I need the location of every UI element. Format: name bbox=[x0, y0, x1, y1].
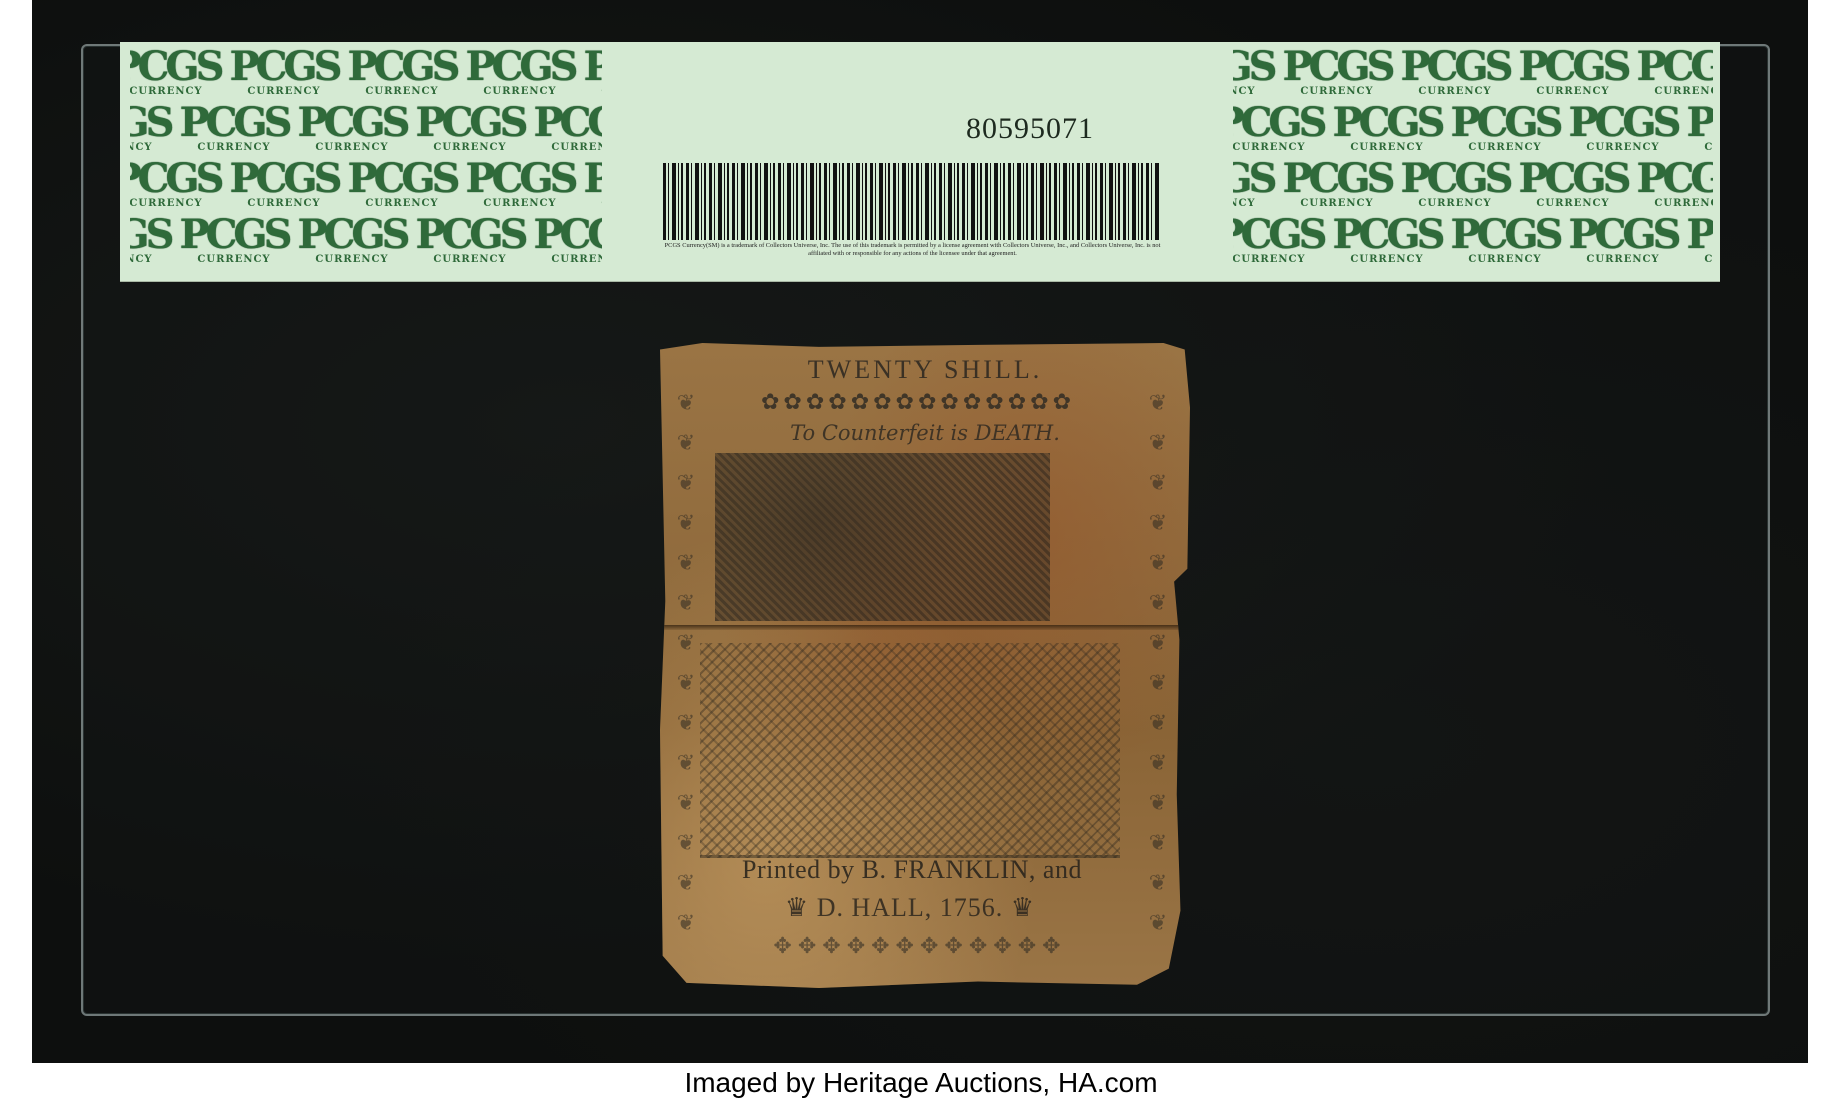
pcgs-logo-icon: PCGSCURRENCY bbox=[1233, 160, 1275, 210]
printer-imprint-line-1: Printed by B. FRANKLIN, and bbox=[682, 855, 1142, 885]
pcgs-logo-icon: PCGSCURRENCY bbox=[532, 104, 602, 154]
fold-tear bbox=[660, 625, 1190, 630]
pcgs-logo-icon: PCGSCURRENCY bbox=[1331, 216, 1443, 266]
pcgs-logo-icon: PCGSCURRENCY bbox=[296, 104, 408, 154]
pcgs-logo-icon: PCGSCURRENCY bbox=[296, 216, 408, 266]
pcgs-logo-icon: PCGSCURRENCY bbox=[1517, 160, 1629, 210]
pcgs-logo-icon: PCGSCURRENCY bbox=[1331, 104, 1443, 154]
pcgs-logo-icon: PCGSCURRENCY bbox=[582, 160, 602, 210]
pcgs-logo-icon: PCGSCURRENCY bbox=[178, 216, 290, 266]
nature-print-vignette bbox=[715, 453, 1050, 621]
pcgs-logo-pattern-right: PCGSCURRENCYPCGSCURRENCYPCGSCURRENCYPCGS… bbox=[1233, 42, 1713, 281]
pcgs-logo-icon: PCGSCURRENCY bbox=[1399, 160, 1511, 210]
pcgs-logo-icon: PCGSCURRENCY bbox=[1399, 48, 1511, 98]
pcgs-logo-icon: PCGSCURRENCY bbox=[1635, 48, 1713, 98]
border-ornament-icon: ❦❦❦❦❦❦❦❦❦❦❦❦❦❦ bbox=[1138, 383, 1178, 943]
pcgs-logo-icon: PCGSCURRENCY bbox=[346, 160, 458, 210]
pcgs-logo-icon: PCGSCURRENCY bbox=[130, 104, 172, 154]
pcgs-logo-icon: PCGSCURRENCY bbox=[1449, 216, 1561, 266]
pcgs-logo-icon: PCGSCURRENCY bbox=[582, 48, 602, 98]
counterfeit-warning: To Counterfeit is DEATH. bbox=[660, 421, 1190, 445]
pcgs-label: PCGSCURRENCYPCGSCURRENCYPCGSCURRENCYPCGS… bbox=[120, 42, 1720, 281]
image-credit-caption: Imaged by Heritage Auctions, HA.com bbox=[0, 1063, 1842, 1102]
rosette-ornament-row: ✿✿✿✿✿✿✿✿✿✿✿✿✿✿ bbox=[708, 389, 1128, 415]
pcgs-logo-icon: PCGSCURRENCY bbox=[1567, 104, 1679, 154]
pcgs-logo-icon: PCGSCURRENCY bbox=[1281, 48, 1393, 98]
pcgs-logo-icon: PCGSCURRENCY bbox=[1685, 104, 1713, 154]
pcgs-logo-icon: PCGSCURRENCY bbox=[464, 160, 576, 210]
printer-imprint-line-2: ♛ D. HALL, 1756. ♛ bbox=[700, 893, 1120, 923]
colonial-banknote: ❦❦❦❦❦❦❦❦❦❦❦❦❦❦ ❦❦❦❦❦❦❦❦❦❦❦❦❦❦ TWENTY SHI… bbox=[660, 343, 1190, 988]
pcgs-logo-icon: PCGSCURRENCY bbox=[1685, 216, 1713, 266]
pcgs-logo-icon: PCGSCURRENCY bbox=[1517, 48, 1629, 98]
pcgs-logo-icon: PCGSCURRENCY bbox=[414, 216, 526, 266]
pcgs-logo-pattern-left: PCGSCURRENCYPCGSCURRENCYPCGSCURRENCYPCGS… bbox=[130, 42, 602, 281]
certification-number: 80595071 bbox=[840, 112, 1220, 146]
pcgs-logo-icon: PCGSCURRENCY bbox=[130, 160, 222, 210]
pcgs-logo-icon: PCGSCURRENCY bbox=[1567, 216, 1679, 266]
pcgs-logo-icon: PCGSCURRENCY bbox=[532, 216, 602, 266]
denomination-header: TWENTY SHILL. bbox=[660, 355, 1190, 385]
pcgs-logo-icon: PCGSCURRENCY bbox=[1635, 160, 1713, 210]
pcgs-logo-icon: PCGSCURRENCY bbox=[1233, 216, 1325, 266]
pcgs-logo-icon: PCGSCURRENCY bbox=[178, 104, 290, 154]
pcgs-logo-icon: PCGSCURRENCY bbox=[1281, 160, 1393, 210]
barcode bbox=[663, 163, 1161, 240]
pcgs-logo-icon: PCGSCURRENCY bbox=[1233, 48, 1275, 98]
pcgs-logo-icon: PCGSCURRENCY bbox=[414, 104, 526, 154]
pcgs-logo-icon: PCGSCURRENCY bbox=[130, 216, 172, 266]
pcgs-logo-icon: PCGSCURRENCY bbox=[346, 48, 458, 98]
lower-print-block bbox=[700, 643, 1120, 858]
pcgs-logo-icon: PCGSCURRENCY bbox=[228, 48, 340, 98]
trademark-notice: PCGS Currency(SM) is a trademark of Coll… bbox=[655, 242, 1170, 258]
pcgs-logo-icon: PCGSCURRENCY bbox=[1449, 104, 1561, 154]
pcgs-logo-icon: PCGSCURRENCY bbox=[464, 48, 576, 98]
bottom-ornament-border: ✥✥✥✥✥✥✥✥✥✥✥✥ bbox=[690, 933, 1150, 959]
pcgs-logo-icon: PCGSCURRENCY bbox=[1233, 104, 1325, 154]
pcgs-logo-icon: PCGSCURRENCY bbox=[130, 48, 222, 98]
pcgs-logo-icon: PCGSCURRENCY bbox=[228, 160, 340, 210]
